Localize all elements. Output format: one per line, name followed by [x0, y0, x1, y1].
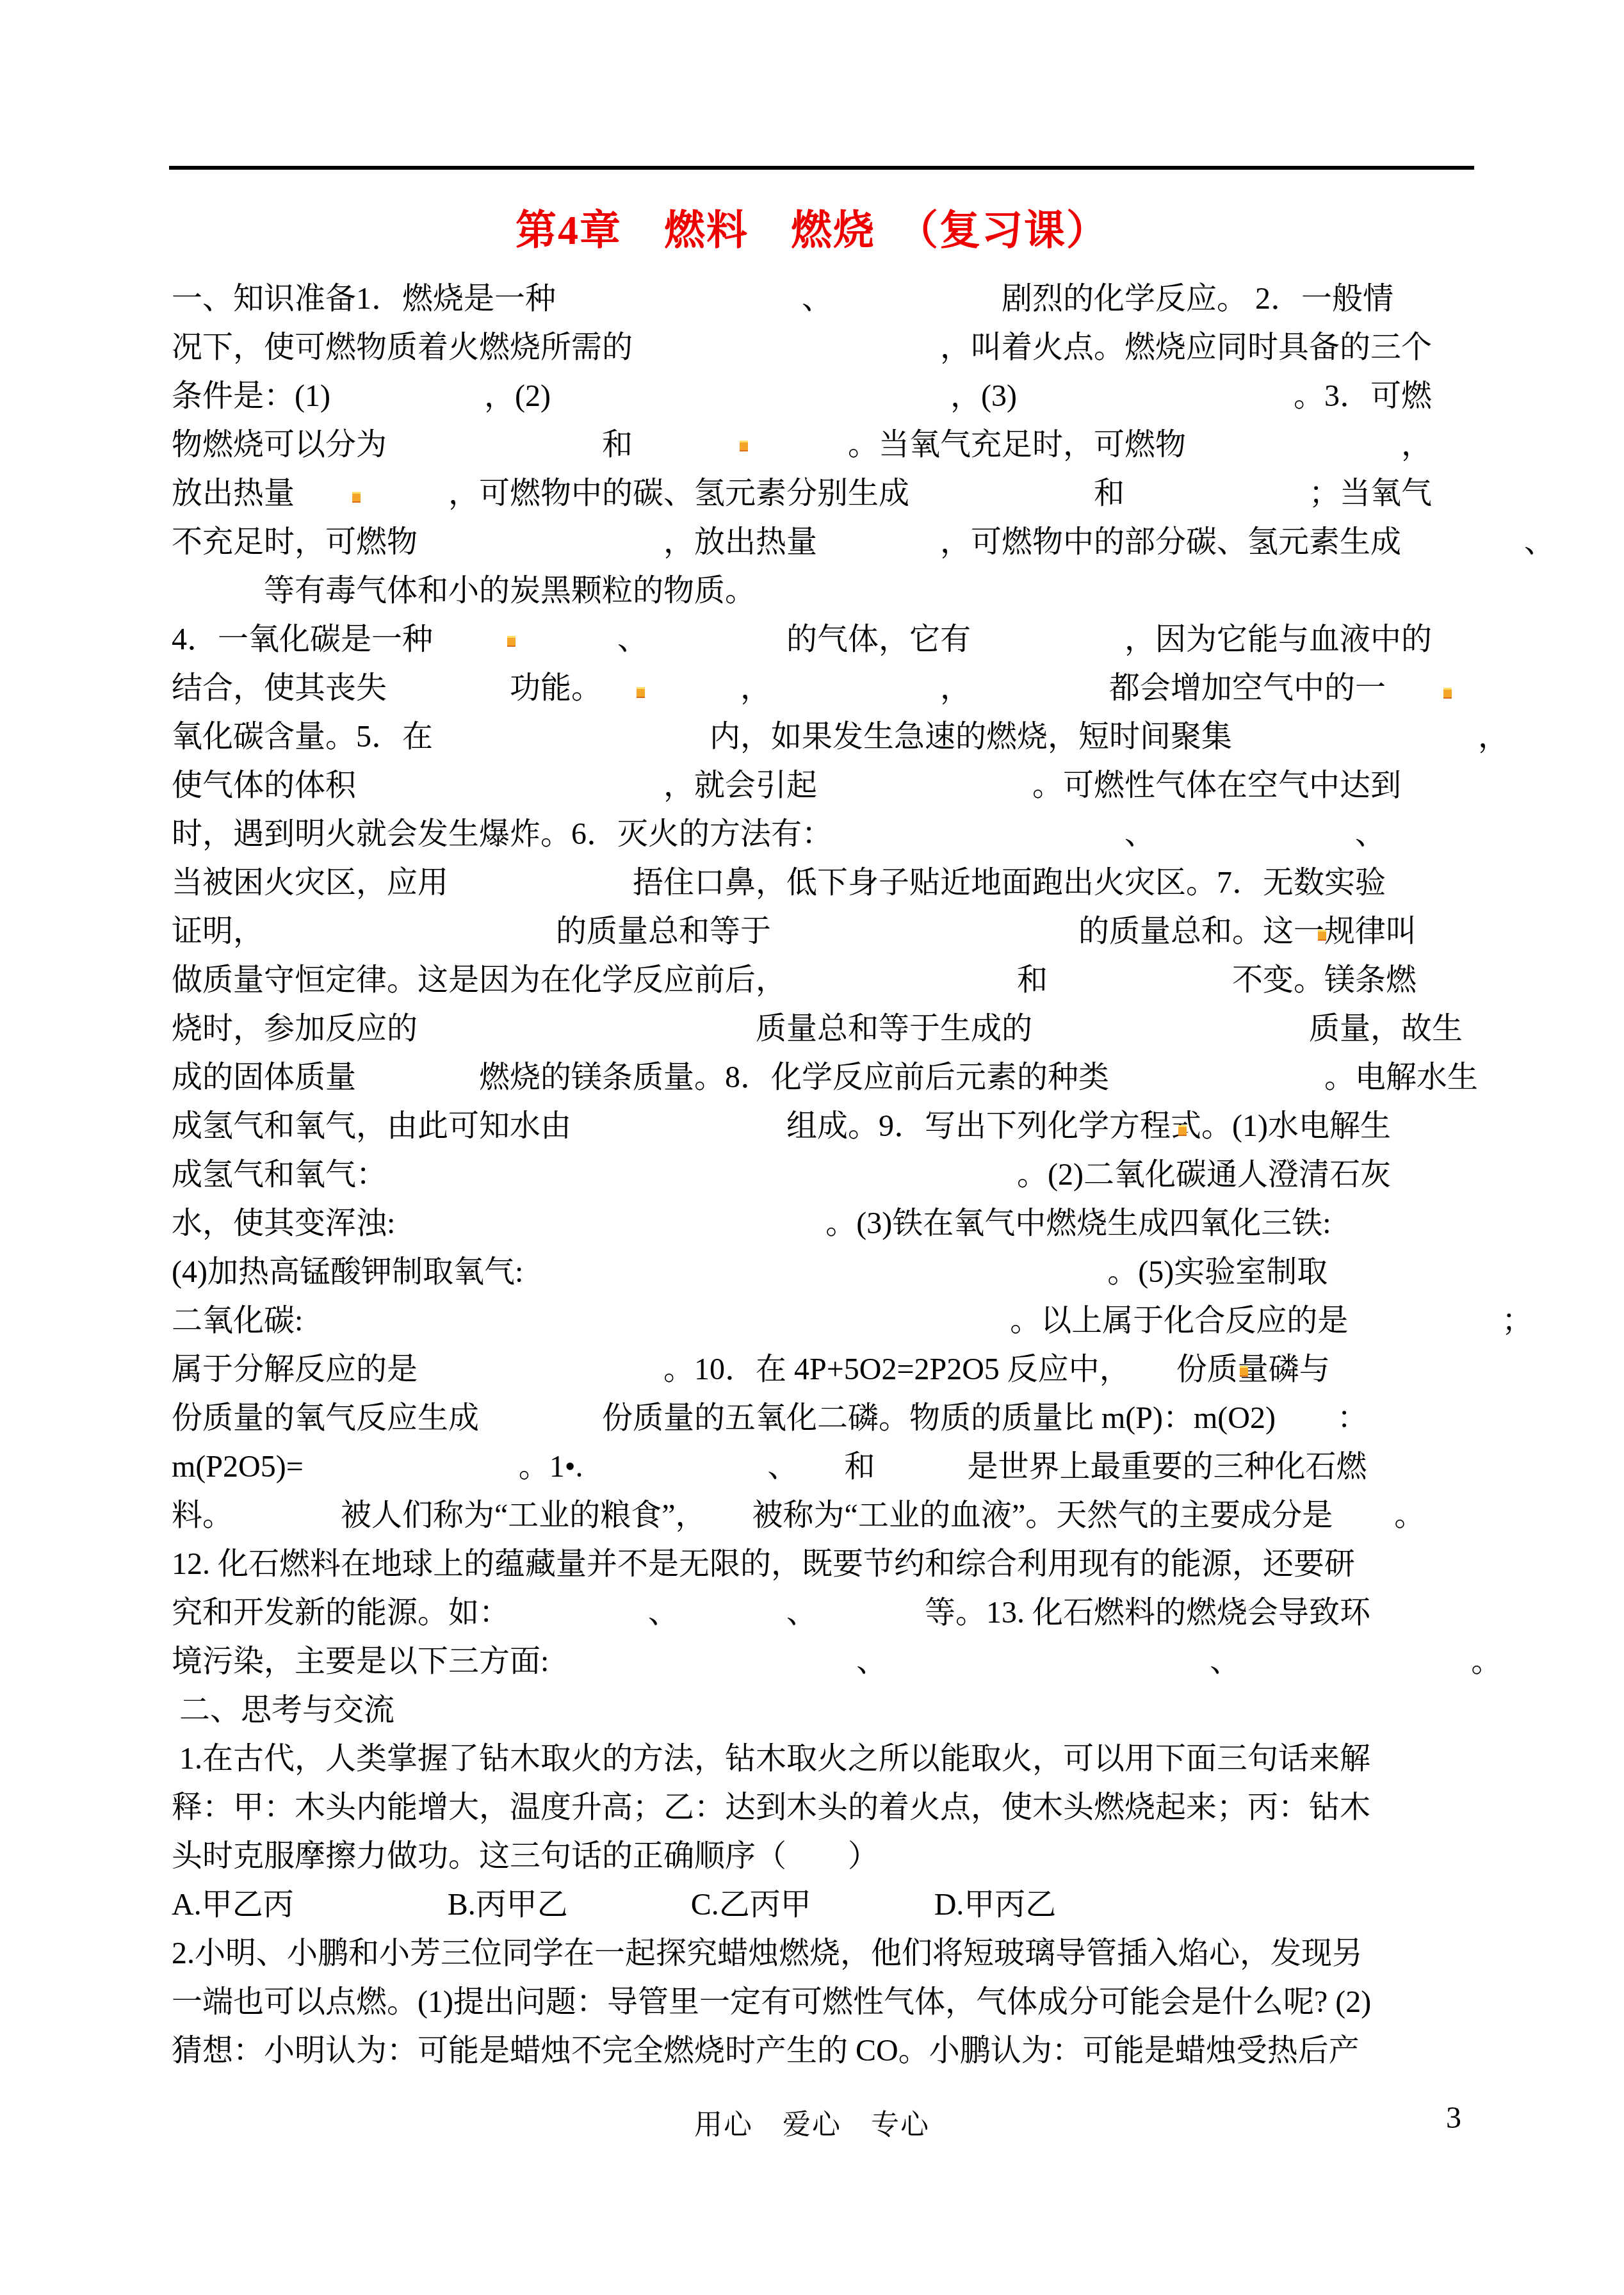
text-line: 1.在古代，人类掌握了钻木取火的方法，钻木取火之所以能取火，可以用下面三句话来解 — [172, 1735, 1510, 1783]
text-line: 2.小明、小鹏和小芳三位同学在一起探究蜡烛燃烧，他们将短玻璃导管插入焰心，发现另 — [172, 1929, 1510, 1978]
text-line: 条件是：(1) ，(2) ，(3) 。3．可燃 — [172, 372, 1510, 421]
text-line: 做质量守恒定律。这是因为在化学反应前后， 和 不变。镁条燃 — [172, 956, 1510, 1005]
text-line: 氧化碳含量。5．在 内，如果发生急速的燃烧，短时间聚集 ， — [172, 713, 1510, 761]
text-line: 水，使其变浑浊: 。(3)铁在氧气中燃烧生成四氧化三铁: — [172, 1199, 1510, 1248]
text-line: 况下，使可燃物质着火燃烧所需的 ，叫着火点。燃烧应同时具备的三个 — [172, 323, 1510, 372]
text-line: 使气体的体积 ，就会引起 。可燃性气体在空气中达到 — [172, 761, 1510, 810]
text-line: 结合，使其丧失 功能。 ， ， 都会增加空气中的一 — [172, 664, 1510, 713]
footer-text: 用心 爱心 专心 — [0, 2102, 1624, 2143]
text-line: 猜想：小明认为：可能是蜡烛不完全燃烧时产生的 CO。小鹏认为：可能是蜡烛受热后产 — [172, 2027, 1510, 2075]
highlight-mark — [1318, 930, 1326, 941]
text-line: m(P2O5)= 。1•. 、 和 是世界上最重要的三种化石燃 — [172, 1443, 1510, 1491]
text-line: 成的固体质量 燃烧的镁条质量。8．化学反应前后元素的种类 。电解水生 — [172, 1053, 1510, 1102]
highlight-mark — [637, 687, 645, 698]
document-body: 一、知识准备1．燃烧是一种 、 剧烈的化学反应。 2．一般情 况下，使可燃物质着… — [172, 275, 1510, 2075]
text-line: 当被困火灾区，应用 捂住口鼻，低下身子贴近地面跑出火灾区。7．无数实验 — [172, 859, 1510, 907]
highlight-mark — [1178, 1125, 1187, 1136]
text-line: 烧时，参加反应的 质量总和等于生成的 质量，故生 — [172, 1005, 1510, 1053]
highlight-mark — [1443, 688, 1452, 699]
text-line: 属于分解反应的是 。10．在 4P+5O2=2P2O5 反应中， 份质量磷与 — [172, 1345, 1510, 1394]
text-line: 成氢气和氧气： 。(2)二氧化碳通人澄清石灰 — [172, 1151, 1510, 1199]
text-line: 12. 化石燃料在地球上的蕴藏量并不是无限的，既要节约和综合利用现有的能源，还要… — [172, 1540, 1510, 1589]
text-line: 证明， 的质量总和等于 的质量总和。这一规律叫 — [172, 907, 1510, 956]
text-line: 一、知识准备1．燃烧是一种 、 剧烈的化学反应。 2．一般情 — [172, 275, 1510, 323]
document-page: 第4章 燃料 燃烧 （复习课） 一、知识准备1．燃烧是一种 、 剧烈的化学反应。… — [0, 0, 1624, 2295]
highlight-mark — [507, 636, 516, 647]
text-line: 放出热量 ，可燃物中的碳、氢元素分别生成 和 ；当氧气 — [172, 469, 1510, 518]
highlight-mark — [740, 441, 748, 451]
text-line: 二氧化碳: 。以上属于化合反应的是 ； — [172, 1297, 1510, 1345]
header-rule — [169, 166, 1474, 170]
text-line: 等有毒气体和小的炭黑颗粒的物质。 — [172, 567, 1510, 615]
text-line: 4．一氧化碳是一种 、 的气体，它有 ，因为它能与血液中的 — [172, 615, 1510, 664]
text-line: 料。 被人们称为“工业的粮食”， 被称为“工业的血液”。天然气的主要成分是 。 — [172, 1491, 1510, 1540]
text-line: (4)加热高锰酸钾制取氧气: 。(5)实验室制取 — [172, 1248, 1510, 1297]
text-line: 一端也可以点燃。(1)提出问题：导管里一定有可燃性气体，气体成分可能会是什么呢?… — [172, 1978, 1510, 2027]
text-line: 物燃烧可以分为 和 。当氧气充足时，可燃物 ， — [172, 421, 1510, 469]
text-line: 二、思考与交流 — [172, 1686, 1510, 1735]
text-line: 不充足时，可燃物 ，放出热量 ，可燃物中的部分碳、氢元素生成 、 — [172, 518, 1510, 567]
text-line: 份质量的氧气反应生成 份质量的五氧化二磷。物质的质量比 m(P)：m(O2) ： — [172, 1394, 1510, 1443]
text-line: 时，遇到明火就会发生爆炸。6．灭火的方法有： 、 、 — [172, 810, 1510, 859]
highlight-mark — [352, 492, 361, 503]
text-line: 释：甲：木头内能增大，温度升高；乙：达到木头的着火点，使木头燃烧起来；丙：钻木 — [172, 1783, 1510, 1832]
text-line: 境污染，主要是以下三方面: 、 、 。 — [172, 1637, 1510, 1686]
doc-title: 第4章 燃料 燃烧 （复习课） — [0, 197, 1624, 256]
text-line: 头时克服摩擦力做功。这三句话的正确顺序（ ） — [172, 1832, 1510, 1881]
text-line: 究和开发新的能源。如： 、 、 等。13. 化石燃料的燃烧会导致环 — [172, 1589, 1510, 1637]
text-line: A.甲乙丙 B.丙甲乙 C.乙丙甲 D.甲丙乙 — [172, 1881, 1510, 1929]
page-number: 3 — [1446, 2100, 1461, 2136]
highlight-mark — [1240, 1366, 1248, 1377]
text-line: 成氢气和氧气，由此可知水由 组成。9．写出下列化学方程式。(1)水电解生 — [172, 1102, 1510, 1151]
